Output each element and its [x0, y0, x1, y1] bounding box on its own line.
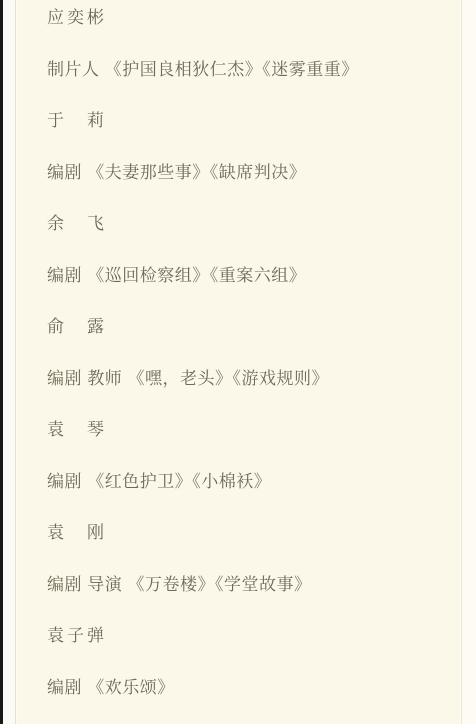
person-name: 袁 刚 — [47, 521, 460, 544]
person-credit: 编剧 《巡回检察组》《重案六组》 — [47, 264, 460, 287]
credits-entry: 应奕彬 制片人 《护国良相狄仁杰》《迷雾重重》 — [47, 6, 460, 81]
person-name: 应奕彬 — [47, 6, 460, 29]
person-credit: 编剧 导演 《万卷楼》《学堂故事》 — [47, 573, 460, 596]
credits-entry: 袁子弹 编剧 《欢乐颂》 — [47, 624, 460, 699]
left-gutter — [3, 0, 16, 724]
person-credit: 编剧 《红色护卫》《小棉袄》 — [47, 470, 460, 493]
person-credit: 编剧 《夫妻那些事》《缺席判决》 — [47, 161, 460, 184]
credits-entry: 俞 露 编剧 教师 《嘿，老头》《游戏规则》 — [47, 315, 460, 390]
right-gutter — [461, 0, 476, 724]
credits-entry: 袁 琴 编剧 《红色护卫》《小棉袄》 — [47, 418, 460, 493]
person-name: 袁子弹 — [47, 624, 460, 647]
person-credit: 编剧 《欢乐颂》 — [47, 676, 460, 699]
credits-entry: 袁 刚 编剧 导演 《万卷楼》《学堂故事》 — [47, 521, 460, 596]
person-credit: 制片人 《护国良相狄仁杰》《迷雾重重》 — [47, 58, 460, 81]
person-name: 余 飞 — [47, 212, 460, 235]
credits-list: 应奕彬 制片人 《护国良相狄仁杰》《迷雾重重》 于 莉 编剧 《夫妻那些事》《缺… — [17, 0, 460, 724]
person-name: 俞 露 — [47, 315, 460, 338]
credits-entry: 于 莉 编剧 《夫妻那些事》《缺席判决》 — [47, 109, 460, 184]
person-credit: 编剧 教师 《嘿，老头》《游戏规则》 — [47, 367, 460, 390]
credits-page: { "page": { "kind": "scrolled-credits-li… — [0, 0, 476, 724]
person-name: 于 莉 — [47, 109, 460, 132]
credits-entry: 余 飞 编剧 《巡回检察组》《重案六组》 — [47, 212, 460, 287]
person-name: 袁 琴 — [47, 418, 460, 441]
